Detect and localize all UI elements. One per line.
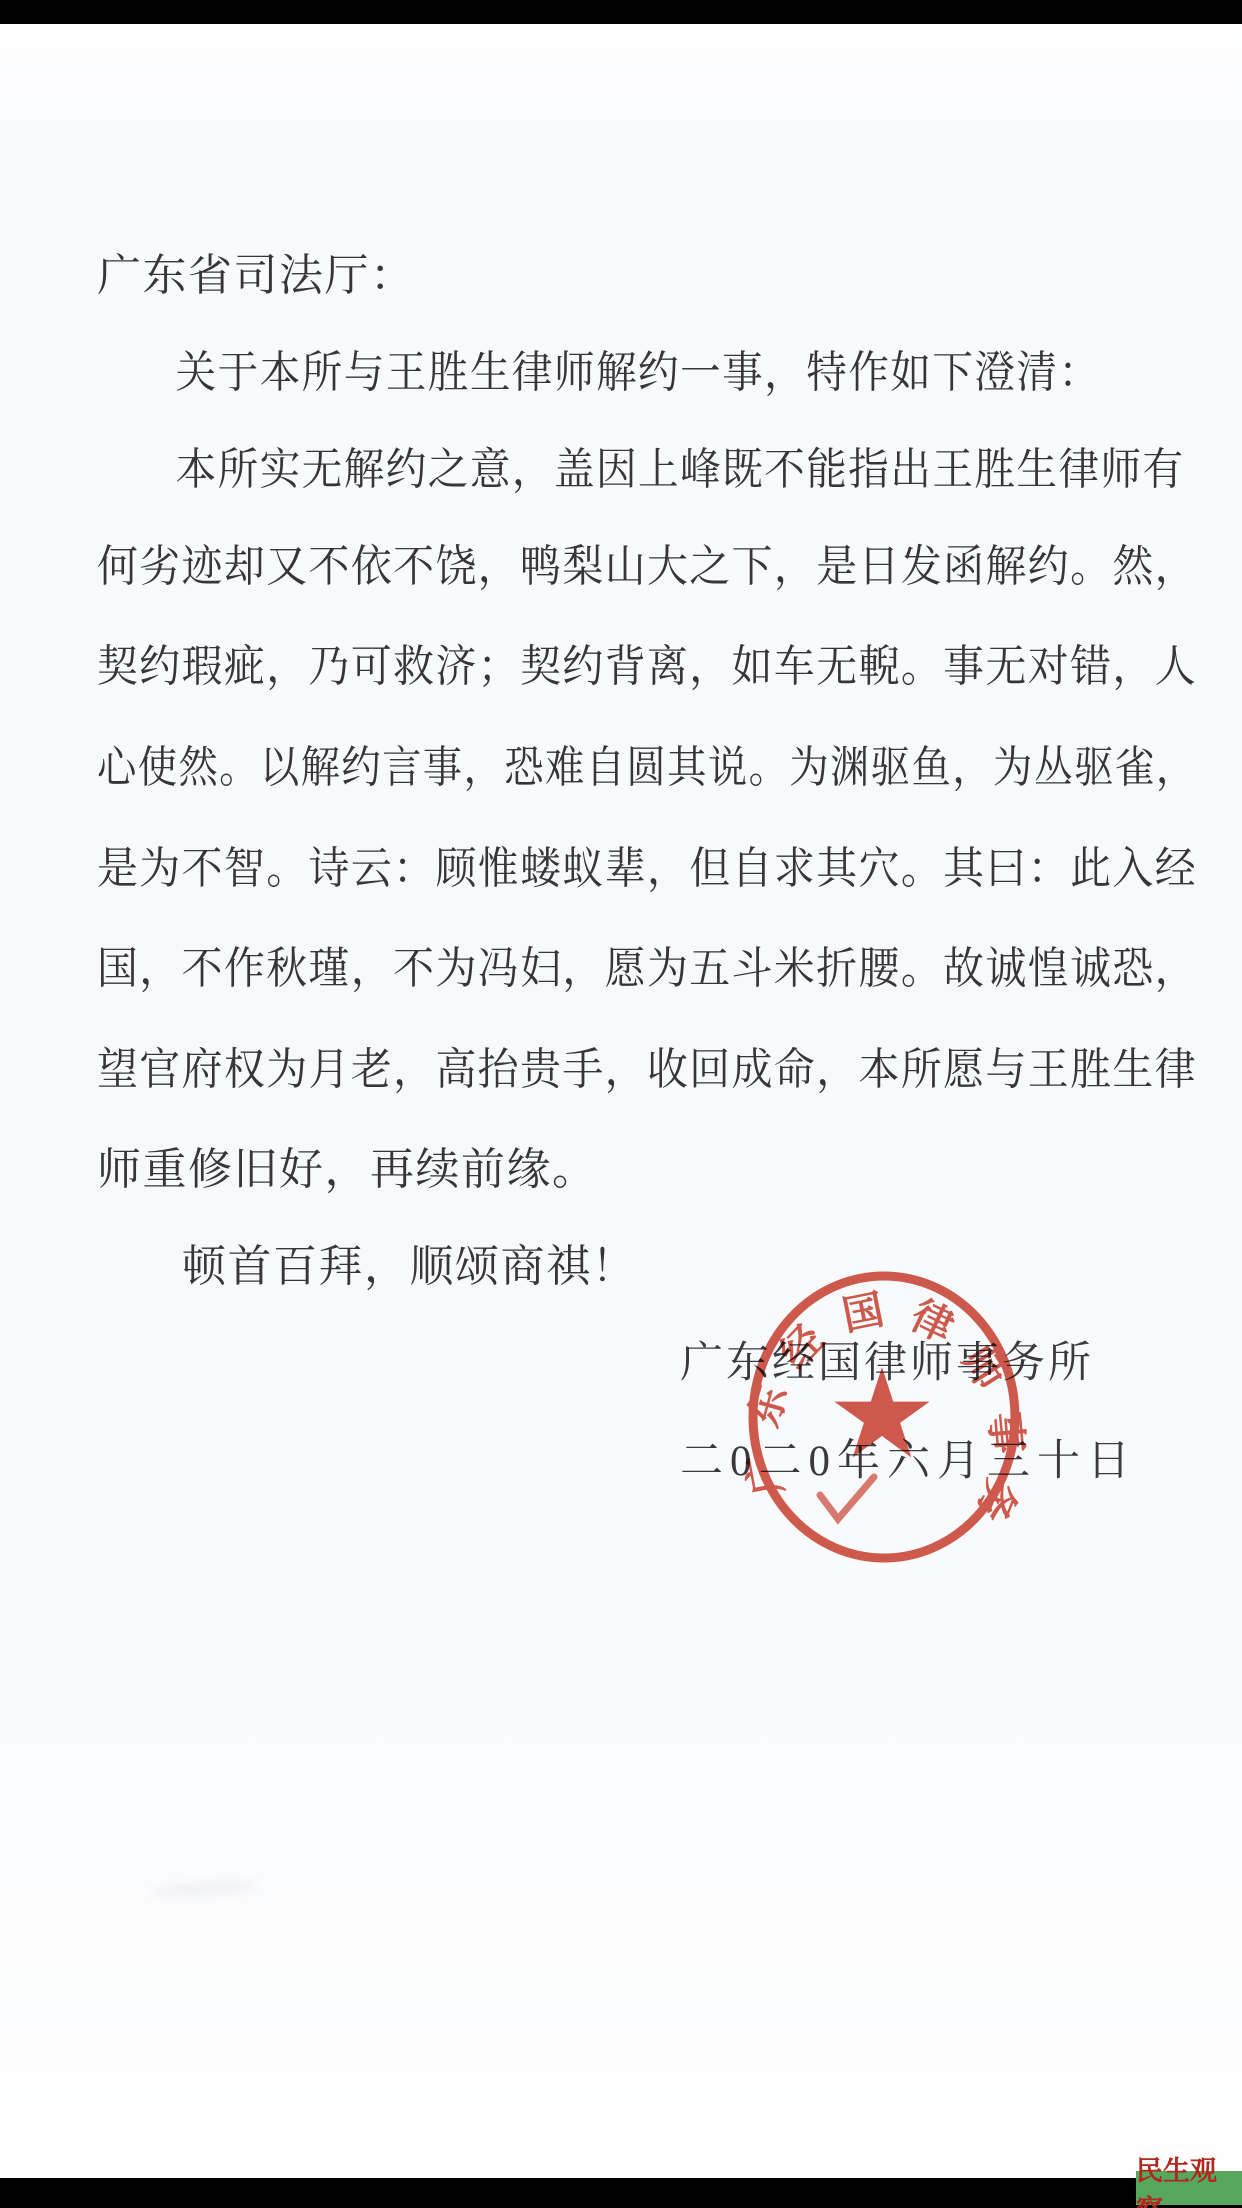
body-line: 是为不智。诗云：顾惟蝼蚁辈，但自求其穴。其曰：此入经	[97, 843, 1120, 896]
body-line: 国，不作秋瑾，不为冯妇，愿为五斗米折腰。故诚惶诚恐，	[97, 943, 1120, 996]
body-line: 何劣迹却又不依不饶，鸭梨山大之下，是日发函解约。然，	[97, 541, 1120, 594]
law-firm-seal-stamp: 广东经国律师事务所	[742, 1267, 1027, 1567]
screenshot-root: 广东省司法厅： 关于本所与王胜生律师解约一事，特作如下澄清： 本所实无解约之意，…	[0, 0, 1242, 2208]
intro-line: 关于本所与王胜生律师解约一事，特作如下澄清：	[97, 347, 1192, 400]
letter-page: 广东省司法厅： 关于本所与王胜生律师解约一事，特作如下澄清： 本所实无解约之意，…	[0, 24, 1242, 2178]
top-letterbox-bar	[0, 0, 1242, 24]
body-line: 望官府权为月老，高抬贵手，收回成命，本所愿与王胜生律	[97, 1044, 1120, 1097]
watermark-badge: 民生观察	[1136, 2171, 1242, 2205]
bottom-letterbox-bar	[0, 2178, 1242, 2208]
closing-line: 顿首百拜，顺颂商祺！	[97, 1241, 1242, 1294]
seal-star-icon	[834, 1367, 929, 1458]
body-line: 心使然。以解约言事，恐难自圆其说。为渊驱鱼，为丛驱雀，	[97, 742, 1082, 795]
body-line: 本所实无解约之意，盖因上峰既不能指出王胜生律师有	[97, 444, 1192, 497]
seal-ink-mark	[820, 1477, 874, 1519]
body-line: 师重修旧好，再续前缘。	[97, 1144, 1197, 1197]
paper-smudge	[150, 1878, 261, 1900]
recipient-line: 广东省司法厅：	[97, 250, 1197, 303]
body-line: 契约瑕疵，乃可救济；契约背离，如车无輗。事无对错，人	[97, 641, 1120, 694]
